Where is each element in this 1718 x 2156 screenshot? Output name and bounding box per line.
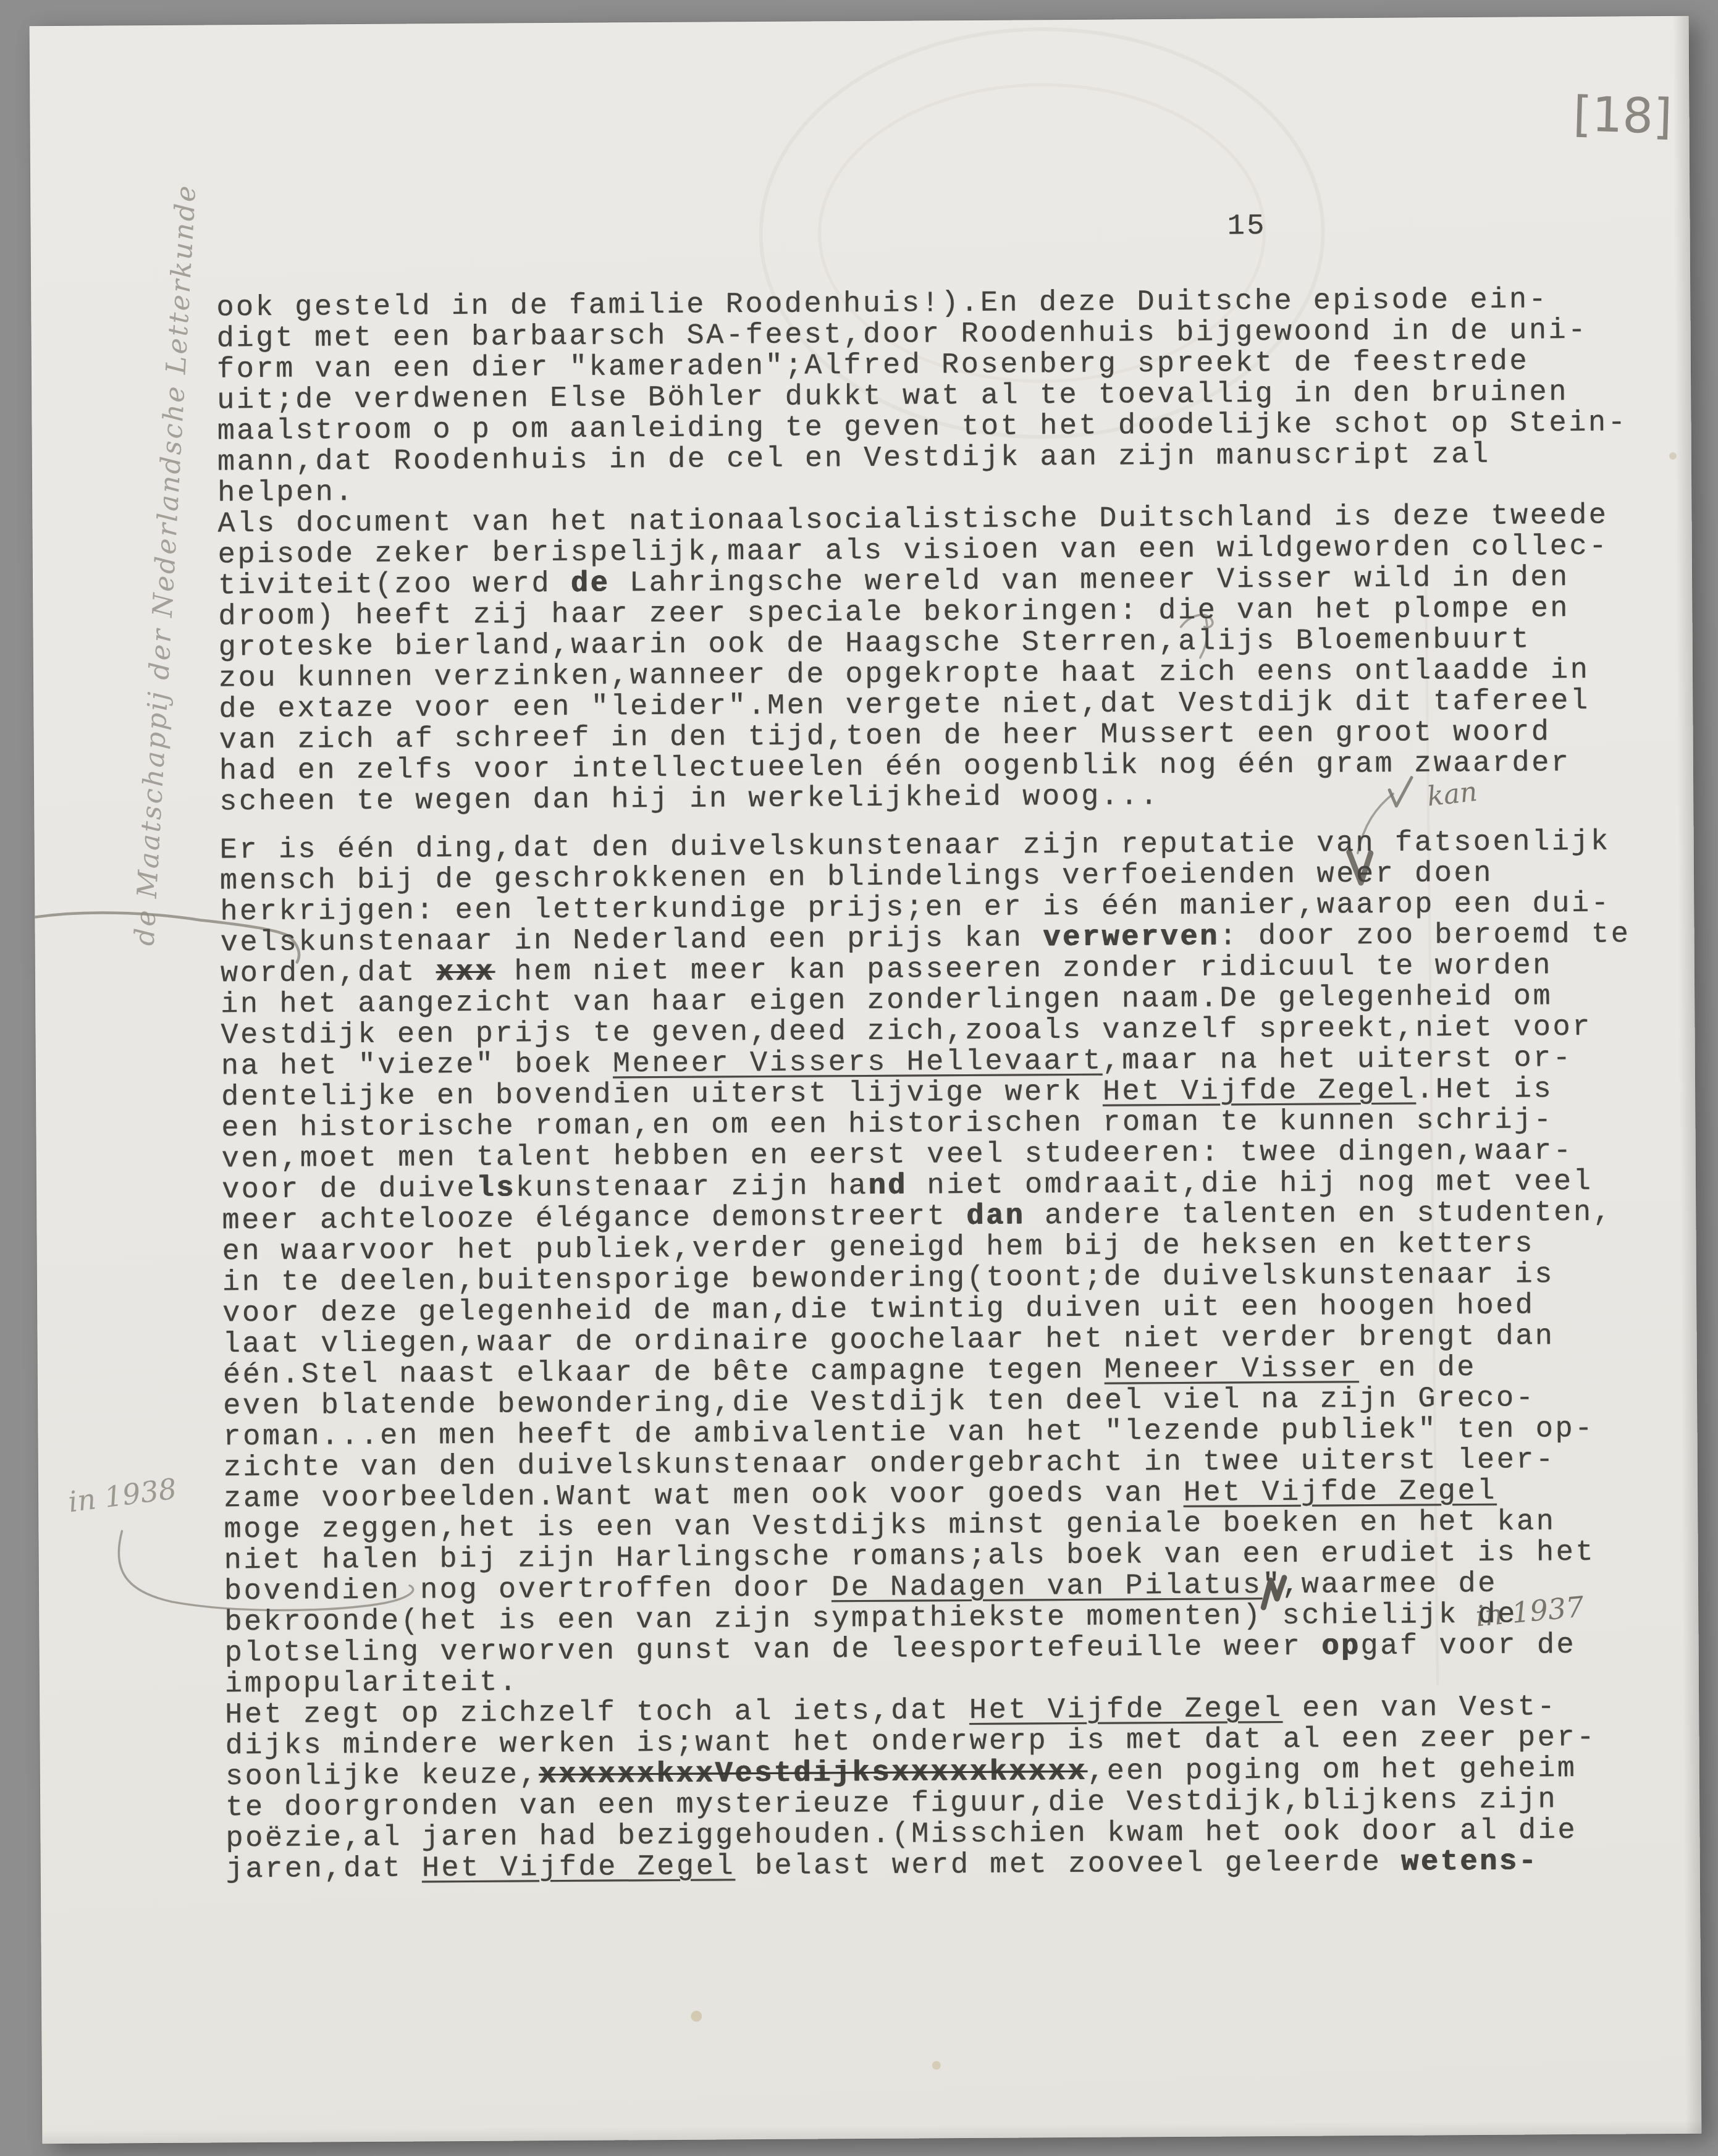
typescript-segment: soonlijke keuze, (225, 1759, 539, 1793)
typescript-segment: ,een poging om het geheim (1087, 1753, 1577, 1788)
typescript-segment-b: dan (966, 1200, 1025, 1233)
typescript-segment: plotseling verworven gunst van de leespo… (224, 1631, 1321, 1670)
typescript-segment: helpen. (217, 476, 355, 510)
typescript-line: jaren,dat Het Vijfde Zegel belast werd m… (226, 1846, 1684, 1885)
year-1938-annotation: in 1938 (66, 1472, 178, 1518)
document-page: 15 [18] de Maatschappij der Nederlandsch… (30, 16, 1702, 2144)
typescript-segment: ,maar na het uiterst or- (1102, 1042, 1572, 1078)
typescript-segment: jaren,dat (226, 1852, 422, 1886)
typescript-text: ook gesteld in de familie Roodenhuis!).E… (216, 284, 1684, 1885)
typescript-segment-u: Het Vijfde Zegel (422, 1850, 736, 1885)
typescript-segment-u: Het Vijfde Zegel (969, 1693, 1283, 1727)
typescript-segment-u: Meneer Vissers Hellevaart (613, 1045, 1103, 1081)
typescript-segment: voor de duive (222, 1173, 476, 1207)
typescript-segment: kunstenaar zijn ha (515, 1170, 868, 1205)
typescript-segment-u: De Nadagen van Pilatus (832, 1569, 1263, 1604)
typescript-segment-b: de (571, 568, 610, 600)
corner-number-annotation: [18] (1572, 86, 1673, 145)
typescript-segment: .Het is (1416, 1073, 1553, 1106)
typescript-segment: belast werd met zooveel geleerde (735, 1846, 1401, 1884)
typescript-segment-u: Het Vijfde Zegel (1103, 1074, 1417, 1109)
typescript-segment-b: nd (868, 1170, 907, 1203)
typescript-segment-b: verwerven (1043, 920, 1219, 954)
typescript-segment-u: Het Vijfde Zegel (1183, 1475, 1497, 1510)
typescript-segment: impopulariteit. (225, 1666, 519, 1701)
typescript-segment: gaf voor de (1360, 1629, 1576, 1663)
typescript-segment-bs: xxxxxxkxxVestdijksxxxxxkxxxx (539, 1756, 1087, 1792)
typescript-segment-b: wetens- (1401, 1845, 1538, 1879)
typescript-segment: worden,dat (221, 956, 436, 990)
typescript-segment-b: ls (476, 1172, 516, 1205)
typescript-segment: : door zoo beroemd te (1219, 918, 1630, 953)
typescript-segment: een van Vest- (1282, 1691, 1557, 1725)
typescript-segment-b: op (1321, 1630, 1361, 1663)
page-number: 15 (1227, 210, 1266, 243)
typescript-segment: scheen te wegen dan hij in werkelijkheid… (219, 780, 1160, 819)
typescript-segment: tiviteit(zoo werd (218, 568, 571, 602)
typescript-segment-bs: xxx (436, 956, 495, 990)
typescript-segment: en de (1359, 1352, 1477, 1385)
margin-note-annotation: de Maatschappij der Nederlandsche Letter… (129, 183, 203, 946)
typescript-segment: ",waarmee de (1262, 1568, 1497, 1602)
typescript-segment: na het "vieze" boek (221, 1048, 613, 1083)
typescript-segment-u: Meneer Visser (1104, 1352, 1358, 1387)
